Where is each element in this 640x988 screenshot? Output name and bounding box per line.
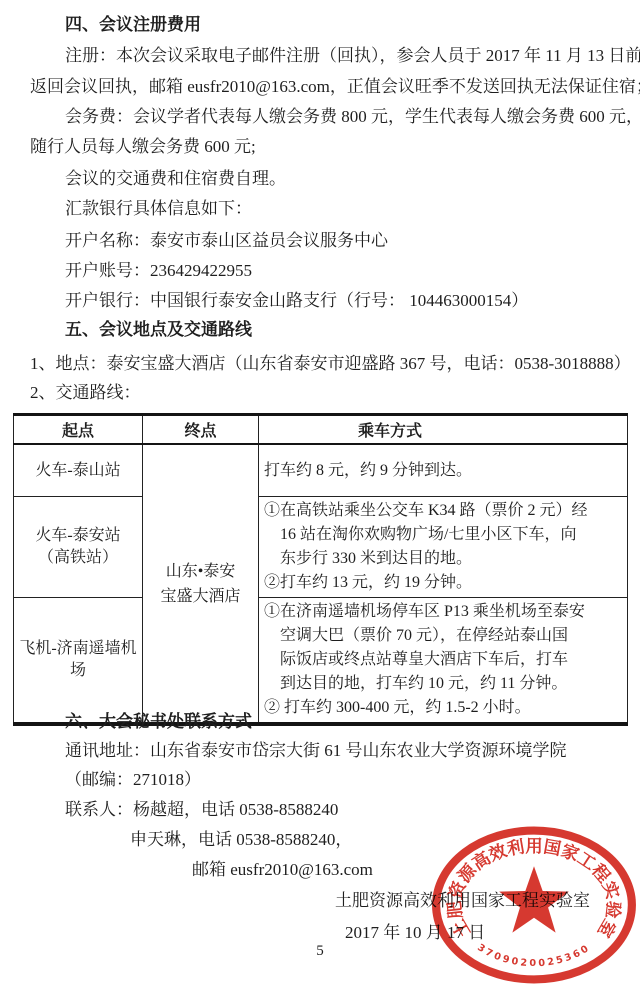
table-row: 火车-泰安站 （高铁站） ①在高铁站乘坐公交车 K34 路（票价 2 元）经 1…: [14, 497, 628, 598]
method-line: 到达目的地，打车约 10 元，约 11 分钟。: [264, 672, 623, 696]
col-header-origin: 起点: [14, 415, 143, 445]
transport-route-table: 起点 终点 乘车方式 火车-泰山站 山东•泰安 宝盛大酒店 打车约 8 元，约 …: [13, 413, 628, 726]
method-line: ①在高铁站乘坐公交车 K34 路（票价 2 元）经: [264, 499, 623, 523]
postcode: （邮编：271018）: [65, 770, 201, 790]
origin-text: 火车-泰安站: [14, 525, 142, 547]
method-line: 打车约 8 元，约 9 分钟到达。: [264, 459, 623, 483]
method-line: 东步行 330 米到达目的地。: [264, 547, 623, 571]
seal-serial-container: 3709020025360: [475, 942, 592, 969]
section6-heading: 六、大会秘书处联系方式: [65, 712, 252, 732]
section4-heading: 四、会议注册费用: [65, 15, 201, 35]
bank-account-name: 开户名称：泰安市泰山区益员会议服务中心: [65, 231, 388, 251]
method-line: ①在济南遥墙机场停车区 P13 乘坐机场至泰安: [264, 600, 623, 624]
origin-text: 火车-泰山站: [14, 460, 142, 482]
table-header-row: 起点 终点 乘车方式: [14, 415, 628, 445]
origin-taian-station: 火车-泰安站 （高铁站）: [14, 497, 143, 598]
official-seal: 土肥资源高效利用国家工程实验室 3709020025360: [430, 824, 638, 986]
method-taishan-station: 打车约 8 元，约 9 分钟到达。: [259, 444, 628, 497]
method-jinan-airport: ①在济南遥墙机场停车区 P13 乘坐机场至泰安 空调大巴（票价 70 元），在停…: [259, 598, 628, 725]
contact-person-2: 申天琳，电话 0538-8588240，: [130, 830, 352, 850]
registration-line2: 返回会议回执，邮箱 eusfr2010@163.com，正值会议旺季不发送回执无…: [30, 77, 640, 97]
col-header-method: 乘车方式: [259, 415, 628, 445]
table-row: 火车-泰山站 山东•泰安 宝盛大酒店 打车约 8 元，约 9 分钟到达。: [14, 444, 628, 497]
origin-text: （高铁站）: [14, 547, 142, 569]
bank-intro: 汇款银行具体信息如下：: [65, 199, 252, 219]
method-line: ② 打车约 300-400 元，约 1.5-2 小时。: [264, 696, 623, 720]
section5-heading: 五、会议地点及交通路线: [65, 320, 252, 340]
registration-line1: 注册：本次会议采取电子邮件注册（回执），参会人员于 2017 年 11 月 13…: [65, 46, 640, 66]
star-icon: [499, 866, 569, 932]
col-header-destination: 终点: [143, 415, 259, 445]
method-line: 16 站在淘你欢购物广场/七里小区下车，向: [264, 523, 623, 547]
method-taian-station: ①在高铁站乘坐公交车 K34 路（票价 2 元）经 16 站在淘你欢购物广场/七…: [259, 497, 628, 598]
table-row: 飞机-济南遥墙机场 ①在济南遥墙机场停车区 P13 乘坐机场至泰安 空调大巴（票…: [14, 598, 628, 725]
contact-person-1: 联系人：杨越超，电话 0538-8588240: [65, 800, 338, 820]
destination-line2: 宝盛大酒店: [143, 584, 258, 609]
destination-line1: 山东•泰安: [143, 559, 258, 584]
routes-label: 2、交通路线：: [30, 383, 141, 403]
mailing-address: 通讯地址：山东省泰安市岱宗大街 61 号山东农业大学资源环境学院: [65, 741, 567, 761]
seal-serial-number: 3709020025360: [475, 942, 592, 969]
contact-email: 邮箱 eusfr2010@163.com: [192, 860, 373, 880]
bank-account-number: 开户账号：236429422955: [65, 261, 252, 281]
fee-line1: 会务费：会议学者代表每人缴会务费 800 元，学生代表每人缴会务费 600 元，: [65, 107, 640, 127]
method-line: 际饭店或终点站尊皇大酒店下车后，打车: [264, 648, 623, 672]
venue-address: 1、地点：泰安宝盛大酒店（山东省泰安市迎盛路 367 号，电话：0538-301…: [30, 354, 631, 374]
origin-taishan-station: 火车-泰山站: [14, 444, 143, 497]
origin-jinan-airport: 飞机-济南遥墙机场: [14, 598, 143, 725]
document-page: 四、会议注册费用 注册：本次会议采取电子邮件注册（回执），参会人员于 2017 …: [0, 0, 640, 988]
origin-text: 飞机-济南遥墙机场: [14, 638, 142, 682]
bank-branch: 开户银行：中国银行泰安金山路支行（行号： 104463000154）: [65, 291, 528, 311]
method-line: 空调大巴（票价 70 元），在停经站泰山国: [264, 624, 623, 648]
self-pay-note: 会议的交通费和住宿费自理。: [65, 169, 286, 189]
destination-hotel-cell: 山东•泰安 宝盛大酒店: [143, 444, 259, 724]
method-line: ②打车约 13 元，约 19 分钟。: [264, 571, 623, 595]
fee-line2: 随行人员每人缴会务费 600 元;: [30, 137, 256, 157]
